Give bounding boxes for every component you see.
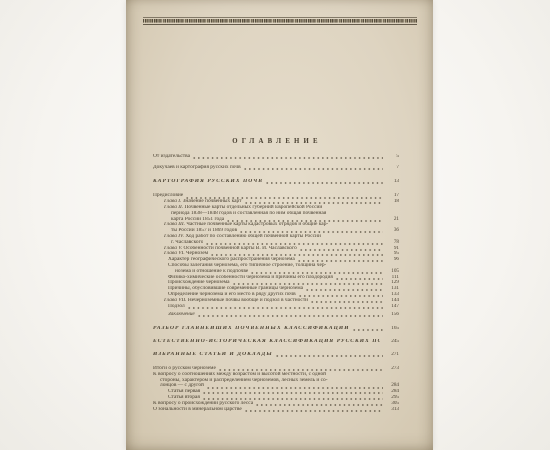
toc-entry-text: Подзол bbox=[168, 304, 185, 310]
toc-entry-line: ИЗБРАННЫЕ СТАТЬИ И ДОКЛАДЫ271 bbox=[153, 352, 399, 358]
toc-entry-line: Предисловие17 bbox=[153, 193, 399, 199]
page-number: 18 bbox=[385, 199, 399, 205]
dot-leader bbox=[245, 410, 383, 412]
toc-entry: Глава VII. Нечерноземные почвы вообще и … bbox=[153, 298, 399, 304]
ornament-border bbox=[143, 17, 417, 25]
dot-leader bbox=[299, 295, 383, 297]
toc-entry-text: Заключение bbox=[168, 312, 195, 318]
page-number: 271 bbox=[385, 352, 399, 358]
dot-leader bbox=[188, 307, 383, 309]
page-number: 313 bbox=[385, 407, 399, 413]
dot-leader bbox=[311, 301, 383, 303]
dot-leader bbox=[186, 197, 383, 199]
toc-entry-text: Глава VII. Нечерноземные почвы вообще и … bbox=[164, 298, 308, 304]
toc-entry: Заключение156 bbox=[153, 312, 399, 318]
chapter-label: Глава I. bbox=[164, 199, 183, 204]
toc-entry-line: Статья вторая295 bbox=[168, 395, 399, 401]
page-number: 96 bbox=[385, 257, 399, 263]
dot-leader bbox=[206, 243, 383, 245]
toc-entry-line: Заключение156 bbox=[168, 312, 399, 318]
toc-entry-text: Докучаев и картография русских почв bbox=[153, 165, 241, 171]
dot-leader bbox=[227, 220, 383, 222]
toc-entry-line: Подзол147 bbox=[168, 304, 399, 310]
toc-entry-line: РАЗБОР ГЛАВНЕЙШИХ ПОЧВЕННЫХ КЛАССИФИКАЦИ… bbox=[153, 326, 399, 332]
chapter-label: Глава VI. bbox=[164, 251, 186, 256]
toc-entry-line: О зональности в минеральном царстве313 bbox=[153, 407, 399, 413]
dot-leader bbox=[219, 369, 383, 371]
dot-leader bbox=[245, 202, 383, 204]
chapter-label: Глава VII. bbox=[164, 298, 188, 303]
dot-leader bbox=[353, 329, 383, 331]
toc-entry-text: КАРТОГРАФИЯ РУССКИХ ПОЧВ bbox=[153, 179, 263, 185]
toc-entry-text: ЕСТЕСТВЕННО-ИСТОРИЧЕСКАЯ КЛАССИФИКАЦИЯ Р… bbox=[153, 339, 380, 345]
page-number: 165 bbox=[385, 326, 399, 332]
dot-leader bbox=[207, 387, 383, 389]
toc-entry-text: ИЗБРАННЫЕ СТАТЬИ И ДОКЛАДЫ bbox=[153, 352, 273, 358]
page-title: ОГЛАВЛЕНИЕ bbox=[155, 137, 399, 146]
toc-entry: Глава IV. Ход работ по составлению общей… bbox=[153, 234, 399, 246]
dot-leader bbox=[298, 260, 383, 262]
dot-leader bbox=[306, 289, 383, 291]
toc-entry-line: КАРТОГРАФИЯ РУССКИХ ПОЧВ13 bbox=[153, 179, 399, 185]
dot-leader bbox=[336, 278, 383, 280]
dot-leader bbox=[203, 392, 383, 394]
book-page: ОГЛАВЛЕНИЕ От издательства5Докучаев и ка… bbox=[126, 0, 433, 450]
page-number: 36 bbox=[385, 228, 399, 234]
toc-entry: О зональности в минеральном царстве313 bbox=[153, 407, 399, 413]
toc-entry: Глава II. Почвенные карты отдельных губе… bbox=[153, 205, 399, 222]
dot-leader bbox=[198, 315, 383, 317]
page-number: 156 bbox=[385, 312, 399, 318]
page-number: 273 bbox=[385, 366, 399, 372]
toc-entry: От издательства5 bbox=[153, 154, 399, 160]
toc-entry: КАРТОГРАФИЯ РУССКИХ ПОЧВ13 bbox=[153, 179, 399, 185]
toc-entry: К вопросу о соотношениях между возрастом… bbox=[153, 372, 399, 389]
dot-leader bbox=[266, 182, 383, 184]
dot-leader bbox=[211, 254, 383, 256]
toc-entry-line: Статья первая284 bbox=[168, 389, 399, 395]
dot-leader bbox=[193, 157, 383, 159]
dot-leader bbox=[300, 249, 383, 251]
dot-leader bbox=[203, 398, 383, 400]
book-photo-backdrop: ОГЛАВЛЕНИЕ От издательства5Докучаев и ка… bbox=[0, 0, 550, 450]
toc-entry-line: Докучаев и картография русских почв7 bbox=[153, 165, 399, 171]
page-number: 13 bbox=[385, 179, 399, 185]
toc-entry-text: От издательства bbox=[153, 154, 190, 160]
toc-entry: Глава III. Частные почвенные карты кадас… bbox=[153, 222, 399, 234]
toc-entry: Подзол147 bbox=[153, 304, 399, 310]
toc-entry: ИЗБРАННЫЕ СТАТЬИ И ДОКЛАДЫ271 bbox=[153, 352, 399, 358]
dot-leader bbox=[233, 283, 383, 285]
toc-entry: РАЗБОР ГЛАВНЕЙШИХ ПОЧВЕННЫХ КЛАССИФИКАЦИ… bbox=[153, 326, 399, 332]
toc-entry-line: ЕСТЕСТВЕННО-ИСТОРИЧЕСКАЯ КЛАССИФИКАЦИЯ Р… bbox=[153, 339, 399, 345]
toc-entry-line: Глава VII. Нечерноземные почвы вообще и … bbox=[164, 298, 399, 304]
toc-entry-line: От издательства5 bbox=[153, 154, 399, 160]
page-content: ОГЛАВЛЕНИЕ От издательства5Докучаев и ка… bbox=[126, 137, 433, 412]
toc-entry: Способы залегания чернозема, его типично… bbox=[153, 263, 399, 275]
chapter-label: Глава III. bbox=[164, 222, 186, 227]
toc-entry: Предисловие17 bbox=[153, 193, 399, 199]
chapter-label: Глава II. bbox=[164, 205, 185, 210]
toc-entry-text: О зональности в минеральном царстве bbox=[153, 407, 242, 413]
dot-leader bbox=[251, 272, 383, 274]
toc-entry: Докучаев и картография русских почв7 bbox=[153, 165, 399, 171]
page-number: 21 bbox=[385, 217, 399, 223]
dot-leader bbox=[244, 168, 383, 170]
toc-entry: ЕСТЕСТВЕННО-ИСТОРИЧЕСКАЯ КЛАССИФИКАЦИЯ Р… bbox=[153, 339, 399, 345]
dot-leader bbox=[240, 231, 383, 233]
table-of-contents: От издательства5Докучаев и картография р… bbox=[153, 154, 399, 412]
chapter-label: Глава IV. bbox=[164, 234, 185, 239]
page-number: 5 bbox=[385, 154, 399, 160]
chapter-label: Глава V. bbox=[164, 246, 184, 251]
page-number: 147 bbox=[385, 304, 399, 310]
page-number: 245 bbox=[385, 339, 399, 345]
page-number: 7 bbox=[385, 165, 399, 171]
dot-leader bbox=[276, 355, 383, 357]
toc-entry-text: РАЗБОР ГЛАВНЕЙШИХ ПОЧВЕННЫХ КЛАССИФИКАЦИ… bbox=[153, 326, 350, 332]
dot-leader bbox=[256, 404, 383, 406]
